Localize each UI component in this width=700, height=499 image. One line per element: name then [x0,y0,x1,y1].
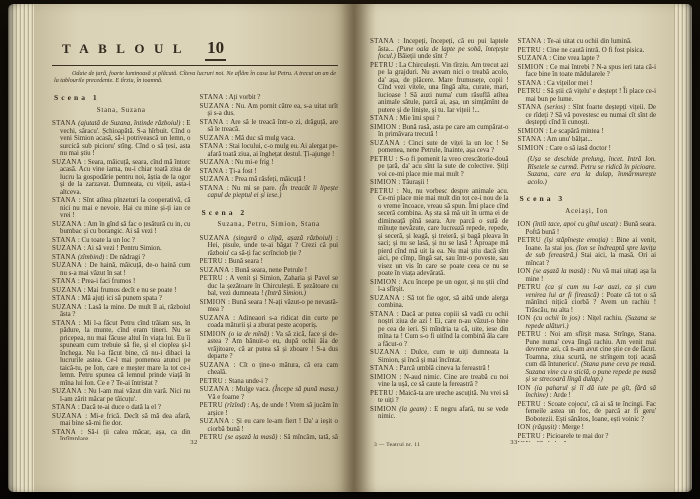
dialogue-line: STANA (serios) : Sînt foarte deștepți vi… [518,104,657,127]
speaker-name: SUZANA [52,245,82,252]
dialogue-line: SUZANA : Nu l-am mai văzut din vară. Nic… [52,388,191,403]
speaker-name: STANA [52,237,76,244]
speaker-name: ION [518,268,531,275]
speaker-name: PETRU [518,47,542,54]
speaker-name: SIMION [518,145,545,152]
speaker-name: PETRU [518,331,542,338]
dialogue-line: STANA : Parcă umblă cineva la fereastră … [370,365,509,373]
speaker-name: STANA [200,94,224,101]
stage-direction-inline: (se așază la masă) [531,268,586,275]
scene-heading: Scena 2 [202,209,339,217]
stage-direction-inline: (Stana pune ceva pe masă. Suzana vine cu… [526,361,657,383]
speaker-name: STANA [518,136,542,143]
speaker-name: SUZANA [200,362,230,369]
stage-direction-block: (Ușa se deschide prelung, încet. Intră I… [518,156,657,186]
stage-direction-inline: (Începe să pună masa.) [272,386,338,393]
dialogue-line: SIMION : Acu începe pe un ogor, și nu șt… [370,279,509,294]
dialogue-line: ION (întîi tace, apoi cu gîtul uscat) : … [518,221,657,236]
dialogue-line: STANA : Are să le treacă într-o zi, drăg… [200,119,339,134]
dialogue-line: STANA : Ți-a fost ! [200,168,339,176]
dialogue-line: STANA : Ca vițeilor mei ! [518,80,657,88]
speaker-name: STANA [518,38,542,45]
dialogue-line: SIMION : Bună rasă, asta pe care am cump… [370,124,509,139]
speaker-name: SUZANA [52,388,82,395]
speaker-name: SUZANA [52,262,82,269]
page-right: STANA : Începeți, începeți, că eu pui la… [354,4,674,492]
dialogue-line: STANA : Mă ajuți ici să punem spata ? [52,295,191,303]
speaker-name: PETRU [518,401,542,408]
dialogue-line: SUZANA : Seara, măicuță, seara, cînd mă … [52,159,191,197]
dialogue-line: SIMION : Ce mai întrebi ? N-a spus ieri … [518,64,657,79]
dialogue-line: STANA : Dacă te-ai duce o dată la el ? [52,404,191,412]
dialogue-line: SUZANA : Adineaori s-a ridicat din curte… [200,315,339,330]
speaker-name: STANA [200,119,224,126]
speaker-name: SIMION [370,406,397,413]
dialogue-line: SUZANA : Dulce, cum te uiți dumneata la … [370,349,509,364]
speaker-name: STANA [370,115,394,122]
speaker-name: PETRU [370,390,394,397]
dialogue-line: SUZANA : Prea mă răsfeți, măicuță ! [200,176,339,184]
dialogue-line: PETRU : Nu, nu vorbesc despre animale ac… [370,188,509,278]
dialogue-line: SUZANA : Nu. Am pornit către ea, s-a uit… [200,103,339,118]
speaker-name: PETRU [370,62,394,69]
dialogue-line: STANA (zîmbind) : De nădragi ? [52,254,191,262]
speaker-name: STANA [518,104,542,111]
speaker-name: SIMION [370,124,397,131]
speaker-name: PETRU [370,188,394,195]
page-left: TABLOUL 10 Odaie de țară, foarte luminoa… [34,4,354,492]
chapter-number: 10 [205,38,226,61]
speaker-name: SIMION [370,374,397,381]
speaker-name: STANA [52,278,76,285]
dialogue-line: SIMION : Tăurașii ! [370,179,509,187]
stage-direction-inline: (În treacăt îi lipește capul de pieptul … [208,185,339,200]
speaker-name: SUZANA [200,103,230,110]
dialogue-line: SUZANA : Am în gînd să fac o țesătură cu… [52,221,191,236]
speaker-name: SIMION [370,279,397,286]
speaker-name: SUZANA [200,418,230,425]
speaker-name: SUZANA [52,304,82,311]
right-page-columns: STANA : Începeți, începeți, că eu pui la… [370,38,656,442]
stage-direction-inline: (zîmbind) [76,254,104,261]
scene-heading: Scena 3 [520,195,657,203]
speaker-name: SUZANA [370,295,400,302]
photo-background: { "colors": { "background": "#1a130b", "… [0,0,700,499]
speaker-name: SUZANA [370,140,400,147]
stage-direction-inline: (Ion se îndreaptă spre lavița de sub fer… [526,245,657,260]
text-column: STANA : Ați vorbit ?SUZANA : Nu. Am porn… [200,94,339,440]
speaker-name: SIMION [370,179,397,186]
page-edges-right [674,4,692,492]
dialogue-line: ION (răgușit) : Merge ! [518,424,657,432]
speaker-name: SUZANA [200,176,230,183]
dialogue-line: STANA : Dacă ar putea copiii să vadă cu … [370,311,509,349]
speaker-name: STANA [52,404,76,411]
speaker-name: SIMION [200,299,227,306]
speaker-name: SUZANA [200,386,230,393]
speaker-name: ION [518,221,531,228]
text-column: STANA : Începeți, începeți, că eu pui la… [370,38,509,442]
page-number: 32 [34,439,354,446]
stage-direction-inline: (rîzînd) [223,402,245,409]
dialogue-line: SIMION : Care o să iasă doctor ! [518,145,657,153]
cast-list: Aceiași, Ion [518,208,657,216]
chapter-title-text: TABLOUL [62,41,191,57]
book: TABLOUL 10 Odaie de țară, foarte luminoa… [8,4,692,492]
dialogue-line: SUZANA : Mi-e frică. Decît să mă dea afa… [52,413,191,428]
speaker-name: PETRU [370,156,394,163]
stage-direction-inline: (serios) [542,104,566,111]
stage-direction-inline: (Intră Simion.) [265,290,306,297]
speaker-name: PETRU [518,88,542,95]
dialogue-line: SUZANA : Cinci sute de viței la un loc !… [370,140,509,155]
stage-direction-inline: (cu ochii în jos) [531,315,580,322]
dialogue-line: ION (cu ochii în jos) : Nițel rachiu. (S… [518,315,657,330]
dialogue-line: STANA : Mie îmi spui ? [370,115,509,123]
stage-setting-note: Odaie de țară, foarte luminoasă și plăcu… [54,71,336,85]
dialogue-line: SUZANA : Să tot fie ogor, să aibă unde a… [370,295,509,310]
stage-direction-inline: (o ia de mînă) [226,331,269,338]
dialogue-line: SUZANA (singură o clipă, așază războiul)… [200,235,339,258]
speaker-name: STANA [200,168,224,175]
stage-direction-inline: (își stăpînește emoția) [541,237,608,244]
scene-heading: Scena 1 [54,94,191,102]
dialogue-line: SUZANA : Cît o ține-o mătura, că era cam… [200,362,339,377]
dialogue-line: SIMION : Le scapără mintea ! [518,128,657,136]
dialogue-line: SUZANA : Mă duc să mulg vaca. [200,135,339,143]
speaker-name: STANA [370,365,394,372]
dialogue-line: PETRU : Noi am sfîrșit masa. Strînge, St… [518,331,657,384]
dialogue-line: ION (se așază la masă) : Nu vă mai uitaț… [518,268,657,283]
dialogue-line: SUZANA : Bună seara, nene Petrule ! [200,267,339,275]
dialogue-line: STANA : Mi l-a făcut Petru cînd trăiam s… [52,320,191,388]
speaker-name: SIMION [518,64,545,71]
speaker-name: PETRU [518,284,542,291]
speaker-name: PETRU [200,275,224,282]
dialogue-line: STANA : Începeți, începeți, că eu pui la… [370,38,509,61]
dialogue-line: STANA : Sînt atîtea pînzeturi la coopera… [52,197,191,220]
speaker-name: STANA [52,295,76,302]
speaker-name: PETRU [200,402,224,409]
dialogue-line: PETRU : Cine ne caută intră. O fi fost p… [518,47,657,55]
speaker-name: PETRU [200,378,224,385]
cast-list: Stana, Suzana [52,107,191,115]
speaker-name: STANA [518,80,542,87]
speaker-name: STANA [52,429,76,436]
speaker-name: SUZANA [52,159,82,166]
dialogue-line: STANA : Ați vorbit ? [200,94,339,102]
stage-direction-inline: (ca și cum nu l-ar auzi, ca și cum venir… [526,284,657,299]
dialogue-line: PETRU : Scoate cojocu', că ai să te înci… [518,401,657,424]
stage-direction-inline: (întîi tace, apoi cu gîtul uscat) [531,221,618,228]
stage-direction-inline: (ia paharul și îl dă iute pe gît, fără s… [526,385,657,400]
dialogue-line: SUZANA : Și eu care le-am fiert ! Da' a … [200,418,339,433]
text-column: STANA : Te-ai uitat cu ochii din lumină.… [518,38,657,442]
speaker-name: SUZANA [518,55,548,62]
dialogue-line: PETRU : S-o fi pomenit la vreo crescător… [370,156,509,179]
speaker-name: STANA [52,320,76,327]
dialogue-line: SIMION (o ia de mînă) : Va să zică, face… [200,331,339,361]
dialogue-line: SIMION (la geam) : E negru afară, nu se … [370,406,509,421]
dialogue-line: SUZANA : Lasă la mine. De mult îl ai, ră… [52,304,191,319]
dialogue-line: PETRU : A venit și Simion, Zaharia și Pa… [200,275,339,298]
speaker-name: SUZANA [200,235,230,242]
dialogue-line: STANA : Am unu' bălțat... [518,136,657,144]
speaker-name: PETRU [200,258,224,265]
dialogue-line: SUZANA : Mulge vaca. (Începe să pună mas… [200,386,339,401]
chapter-title: TABLOUL 10 [52,38,338,66]
dialogue-line: STANA : Stai locului, c-o mulg eu. Ai al… [200,143,339,158]
page-edges-left [8,4,34,492]
speaker-name: SUZANA [52,287,82,294]
speaker-name: PETRU [518,237,542,244]
speaker-name: SUZANA [200,159,230,166]
speaker-name: ION [518,385,531,392]
dialogue-line: PETRU : Maică-ta are ureche ascuțită. Nu… [370,390,509,405]
speaker-name: STANA [200,185,224,192]
speaker-name: ION [518,424,531,431]
page-number: 33 [354,439,674,446]
speaker-name: STANA [52,254,76,261]
dialogue-line: PETRU : Bună seara ! [200,258,339,266]
speaker-name: STANA [370,311,394,318]
dialogue-line: SUZANA : De haină, măicuță, de-o haină c… [52,262,191,277]
speaker-name: SIMION [518,128,545,135]
dialogue-line: SIMION : N-aud nimic. Cine are treabă cu… [370,374,509,389]
dialogue-line: SIMION : Bună seara ! N-ați văzut-o pe n… [200,299,339,314]
speaker-name: SUZANA [200,267,230,274]
speaker-name: STANA [370,38,394,45]
dialogue-line: PETRU : Stana unde-i ? [200,378,339,386]
speaker-name: STANA [52,197,76,204]
dialogue-line: PETRU (ca și cum nu l-ar auzi, ca și cum… [518,284,657,314]
stage-direction-inline: (Pune oala de lapte pe sobă, întețește f… [378,46,509,61]
dialogue-line: PETRU : La Chirculești. Vin tîrziu. Am t… [370,62,509,115]
dialogue-line: SUZANA : Nu mi-e frig ! [200,159,339,167]
dialogue-line: STANA (ajutată de Suzana, întinde război… [52,120,191,158]
speaker-name: STANA [200,143,224,150]
speaker-name: SUZANA [370,349,400,356]
stage-direction-inline: (răgușit) [531,424,557,431]
dialogue-line: SUZANA : Mai frumos decît e nu se poate … [52,287,191,295]
dialogue-line: STANA : Cu toate la un loc ? [52,237,191,245]
dialogue-line: ION (ia paharul și îl dă iute pe gît, fă… [518,385,657,400]
stage-direction-inline: (singură o clipă, așază războiul) [230,235,333,242]
speaker-name: SUZANA [200,315,230,322]
dialogue-line: STANA : Nu mi se pare. (În treacăt îi li… [200,185,339,200]
speaker-name: STANA [52,120,76,127]
left-page-columns: Scena 1Stana, SuzanaSTANA (ajutată de Su… [52,94,338,440]
speaker-name: SUZANA [52,221,82,228]
speaker-name: ION [518,315,531,322]
speaker-name: SIMION [200,331,227,338]
cast-list: Suzana, Petru, Simion, Stana [200,221,339,229]
dialogue-line: STANA : Prea-i faci frumos ! [52,278,191,286]
dialogue-line: PETRU (își stăpînește emoția) : Bine ai … [518,237,657,267]
text-column: Scena 1Stana, SuzanaSTANA (ajutată de Su… [52,94,191,440]
speaker-name: SUZANA [200,135,230,142]
speaker-name: SUZANA [52,413,82,420]
dialogue-line: STANA : Te-ai uitat cu ochii din lumină. [518,38,657,46]
dialogue-line: SUZANA : Ai să vezi ! Pentru Simion. [52,245,191,253]
stage-direction-inline: (la geam) [397,406,427,413]
dialogue-line: SUZANA : Cine vrea lapte ? [518,55,657,63]
dialogue-line: PETRU (rîzînd) : Aș, de unde ! Vrem să j… [200,402,339,417]
dialogue-line: PETRU : Să știi că vițelu' e deștept ! Î… [518,88,657,103]
stage-direction-inline: (ajutată de Suzana, întinde războiul) [76,120,180,127]
